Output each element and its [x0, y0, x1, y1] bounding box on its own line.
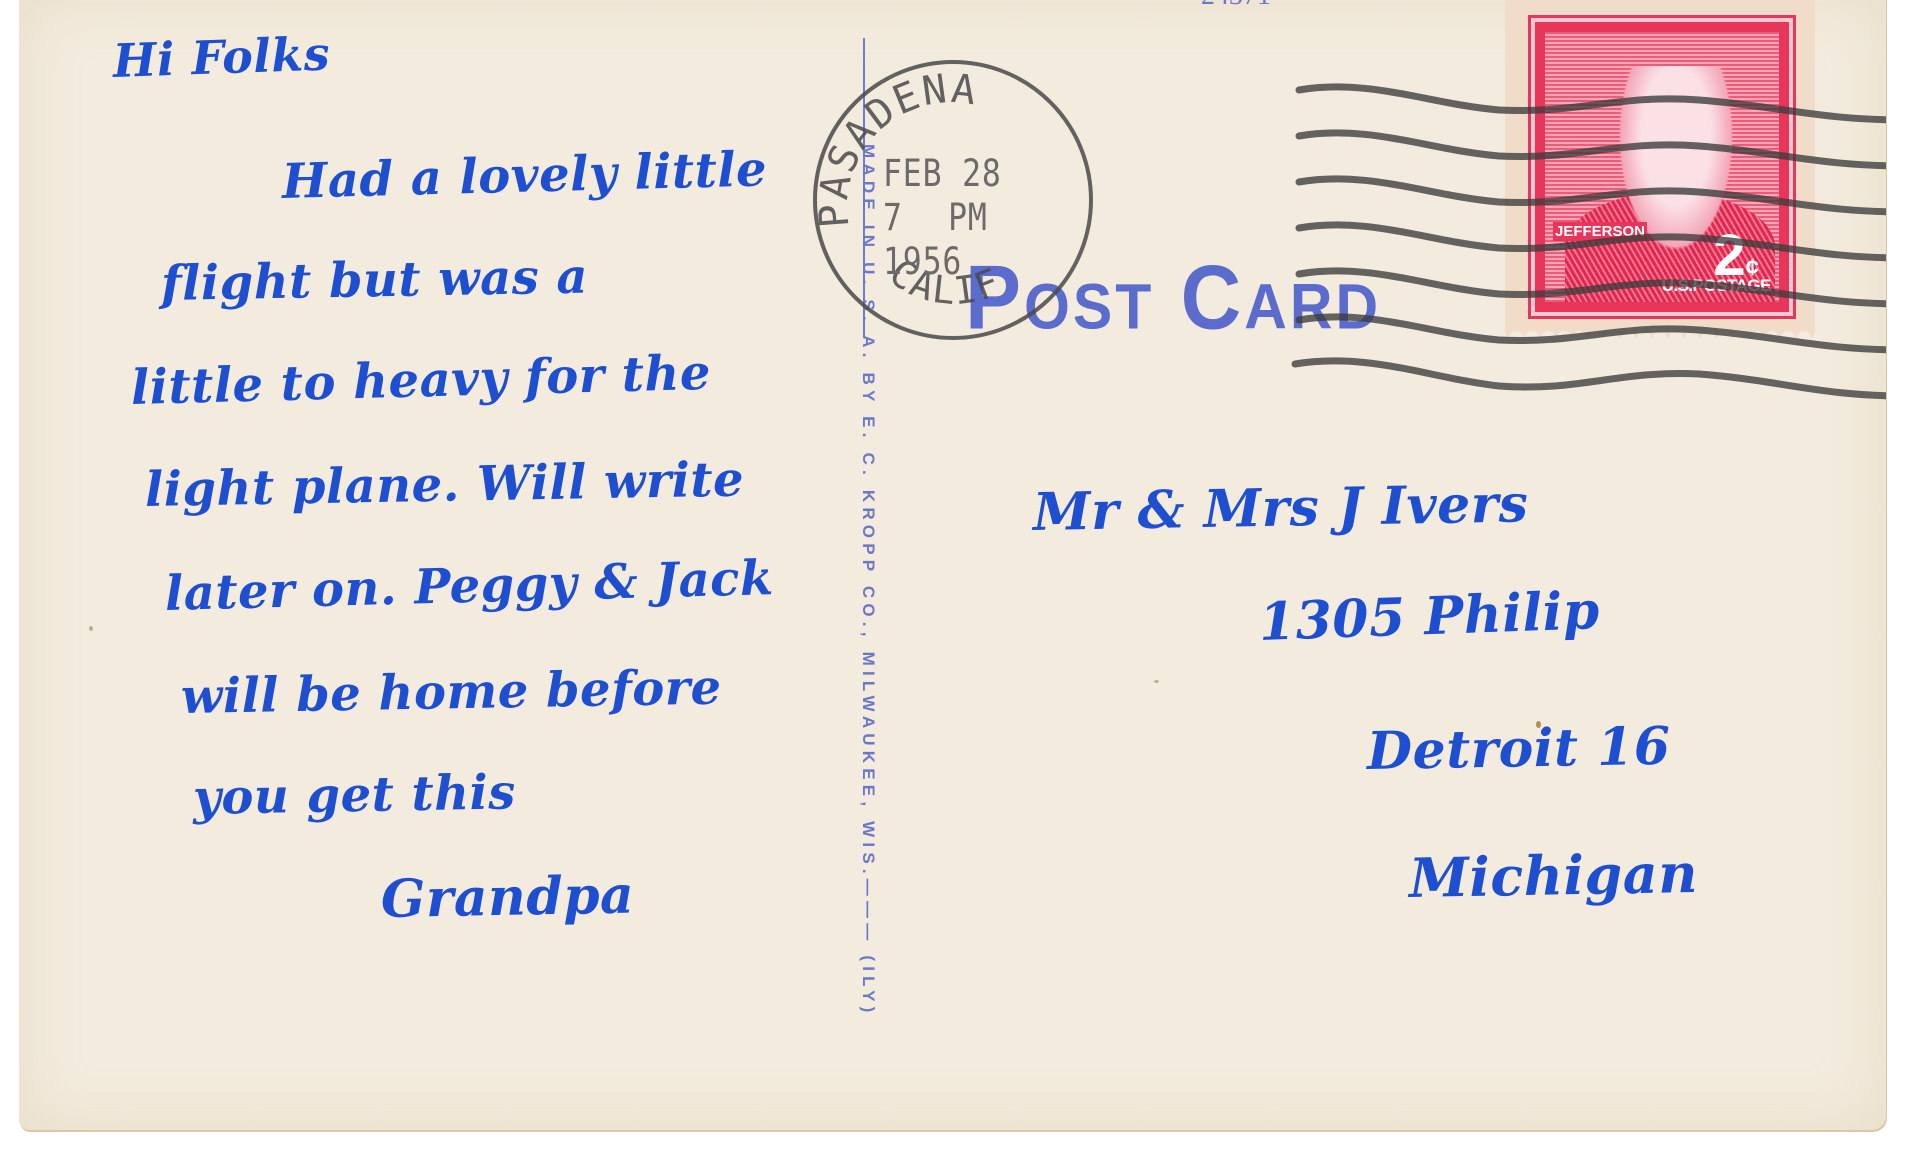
address-line-state: Michigan	[1408, 841, 1698, 910]
address-line-city: Detroit 16	[1366, 716, 1671, 782]
postage-stamp: JEFFERSON 2¢ U.S.POSTAGE	[1505, 0, 1815, 338]
stamp-engraving: JEFFERSON 2¢ U.S.POSTAGE	[1545, 32, 1779, 302]
paper-speck	[89, 626, 93, 631]
paper-speck	[1154, 680, 1159, 683]
stamp-name: JEFFERSON	[1553, 222, 1647, 241]
message-line: flight but was a	[161, 249, 589, 312]
postmark-year: 1956	[883, 240, 1002, 284]
message-line: Had a lovely little	[281, 141, 767, 210]
message-signature: Grandpa	[380, 865, 634, 930]
address-line-street: 1305 Philip	[1258, 580, 1601, 653]
message-line: later on. Peggy & Jack	[164, 550, 774, 622]
publisher-number: 24371	[1201, 0, 1271, 12]
postmark-date-block: FEB 28 7 PM 1956	[883, 152, 1002, 284]
message-line: light plane. Will write	[145, 452, 745, 518]
message-greeting: Hi Folks	[112, 26, 331, 88]
postmark-time: 7 PM	[883, 196, 1002, 240]
address-line-recipient: Mr & Mrs J Ivers	[1032, 473, 1528, 543]
stamp-frame: JEFFERSON 2¢ U.S.POSTAGE	[1528, 15, 1796, 319]
message-line: you get this	[193, 764, 517, 826]
postmark-date: FEB 28	[883, 152, 1002, 196]
message-line: will be home before	[181, 660, 722, 725]
message-line: little to heavy for the	[130, 345, 711, 416]
stamp-postage-label: U.S.POSTAGE	[1662, 276, 1771, 296]
postmark: PASADENA CALIF FEB 28 7 PM 1956	[813, 60, 1093, 340]
postcard: 24371 MADE IN U. S. A. BY E. C. KROPP CO…	[19, 0, 1886, 1130]
